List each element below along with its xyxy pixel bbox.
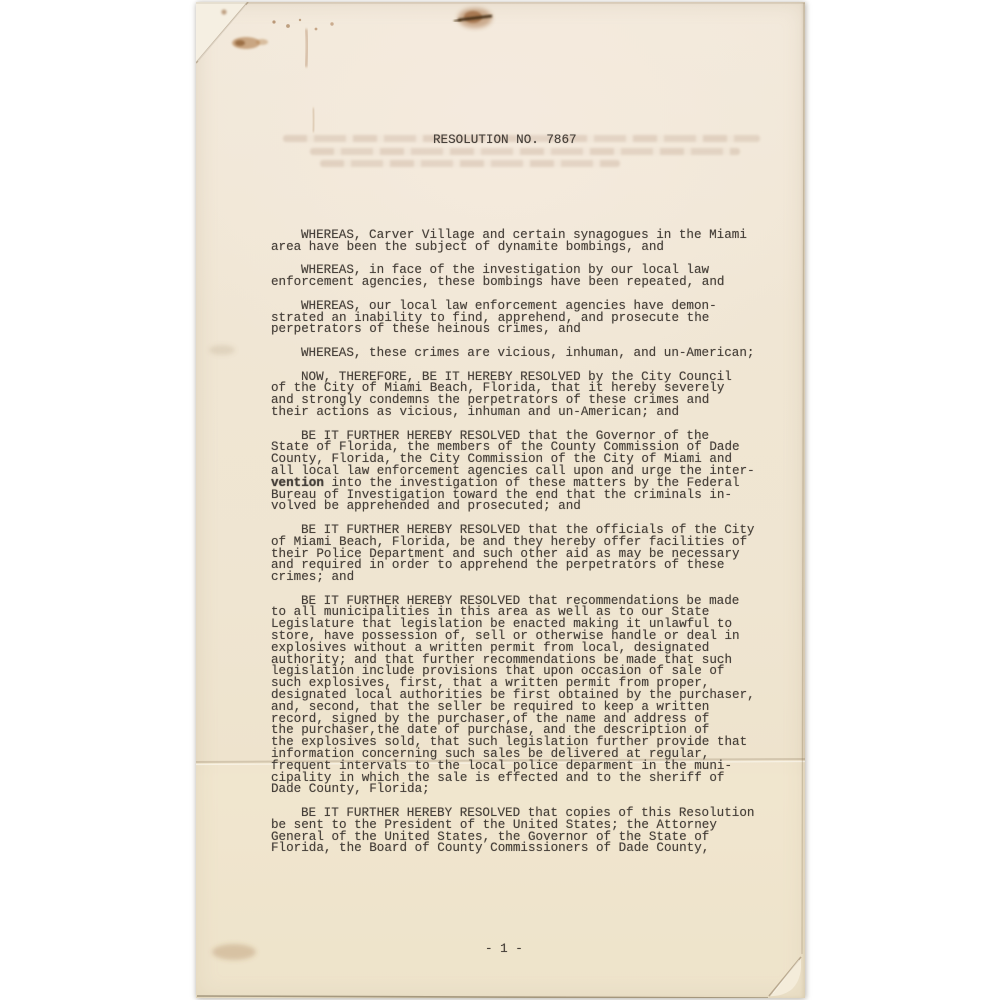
scanned-document-view: RESOLUTION NO. 7867 WHEREAS, Carver Vill… (0, 0, 1000, 1000)
paragraph: WHEREAS, these crimes are vicious, inhum… (271, 348, 791, 360)
document-title: RESOLUTION NO. 7867 (433, 135, 791, 147)
paragraph: BE IT FURTHER HEREBY RESOLVED that the G… (271, 431, 791, 514)
text-line: area have been the subject of dynamite b… (271, 242, 791, 254)
paragraph: WHEREAS, Carver Village and certain syna… (271, 230, 791, 254)
text-line: WHEREAS, these crimes are vicious, inhum… (271, 348, 791, 360)
text-line: perpetrators of these heinous crimes, an… (271, 324, 791, 336)
text-line: crimes; and (271, 572, 791, 584)
text-line: enforcement agencies, these bombings hav… (271, 277, 791, 289)
page-number: - 1 - (485, 944, 791, 956)
text-line: Florida, the Board of County Commissione… (271, 843, 791, 855)
text-line: volved be apprehended and prosecuted; an… (271, 501, 791, 513)
text-line: their actions as vicious, inhuman and un… (271, 407, 791, 419)
text-line: Dade County, Florida; (271, 784, 791, 796)
paper-sheet: RESOLUTION NO. 7867 WHEREAS, Carver Vill… (196, 2, 805, 998)
paragraph: BE IT FURTHER HEREBY RESOLVED that recom… (271, 596, 791, 797)
paragraph: WHEREAS, our local law enforcement agenc… (271, 301, 791, 336)
smudge (209, 345, 235, 355)
paragraph: BE IT FURTHER HEREBY RESOLVED that copie… (271, 808, 791, 855)
smudge-bottom-left (212, 944, 256, 960)
paragraph: WHEREAS, in face of the investigation by… (271, 265, 791, 289)
paper-surface: RESOLUTION NO. 7867 WHEREAS, Carver Vill… (196, 2, 805, 998)
paragraph: NOW, THEREFORE, BE IT HEREBY RESOLVED by… (271, 372, 791, 419)
document-body: WHEREAS, Carver Village and certain syna… (271, 230, 791, 855)
typewritten-text: RESOLUTION NO. 7867 WHEREAS, Carver Vill… (271, 2, 791, 979)
paragraph: BE IT FURTHER HEREBY RESOLVED that the o… (271, 525, 791, 584)
